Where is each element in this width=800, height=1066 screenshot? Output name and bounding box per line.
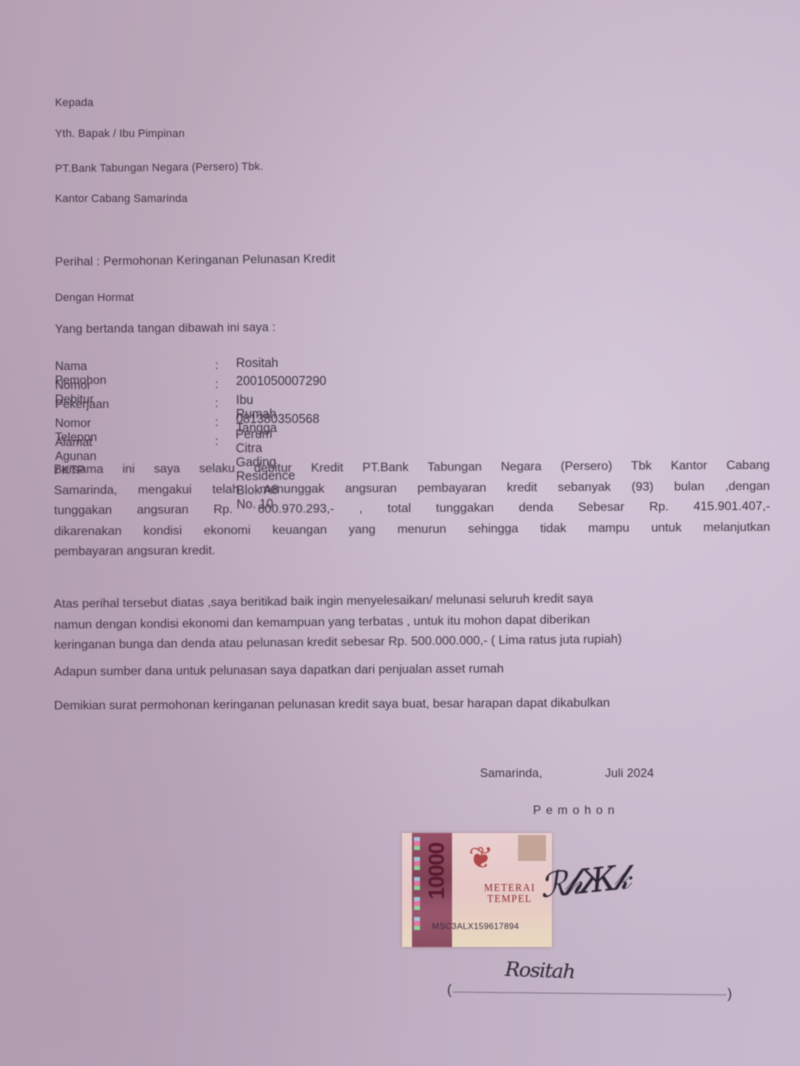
value-nama-pemohon: Rositah [236, 356, 278, 370]
recipient-line-2: PT.Bank Tabungan Negara (Persero) Tbk. [55, 161, 263, 175]
closing-role: Pemohon [533, 803, 619, 817]
paragraph-3: Adapun sumber dana untuk pelunasan saya … [54, 658, 504, 682]
stamp-label-line-2: TEMPEL [484, 894, 535, 905]
value-nomor-debitur: 2001050007290 [236, 374, 326, 388]
garuda-emblem-icon: ❦ [464, 839, 498, 879]
recipient-line-3: Kantor Cabang Samarinda [55, 193, 188, 205]
closing-date: Juli 2024 [605, 766, 654, 780]
paragraph-3-text: Adapun sumber dana untuk pelunasan saya … [54, 658, 504, 682]
colon: : [215, 396, 218, 410]
signature-name-line: ( ) [447, 983, 732, 999]
dotted-line [453, 992, 726, 996]
recipient-line-1: Yth. Bapak / Ibu Pimpinan [55, 128, 185, 140]
stamp-serial: MSC3ALX159617894 [432, 921, 519, 931]
stamp-label-line-1: METERAI [484, 883, 535, 894]
stamp-label: METERAI TEMPEL [484, 883, 535, 905]
paren-close: ) [727, 985, 732, 1001]
value-nomor-telepon: 081380350568 [236, 412, 319, 426]
meterai-stamp: 10000 ❦ METERAI TEMPEL MSC3ALX159617894 [402, 833, 552, 947]
closing-place: Samarinda, [480, 766, 542, 780]
signed-name: Rositah [505, 957, 575, 983]
letter-greeting: Dengan Hormat [55, 292, 134, 304]
recipient-kepada: Kepada [55, 97, 94, 109]
stamp-corner-mark [518, 835, 546, 861]
paren-open: ( [447, 981, 452, 997]
colon: : [215, 377, 218, 391]
paragraph-1-line: dikarenakan kondisi ekonomi keuangan yan… [54, 516, 770, 541]
label-pekerjaan: Pekerjaan [55, 397, 109, 411]
stamp-denomination: 10000 [424, 843, 450, 899]
paragraph-1-line: pembayaran angsuran kredit. [54, 537, 770, 562]
colon: : [215, 358, 218, 372]
letter-intro: Yang bertanda tangan dibawah ini saya : [55, 320, 276, 336]
paragraph-2: Atas perihal tersebut diatas ,saya berit… [54, 586, 775, 655]
paragraph-4: Demikian surat permohonan keringanan pel… [54, 693, 610, 716]
colon: : [215, 434, 218, 448]
paragraph-1: Bersama ini saya selaku debitur Kredit P… [54, 455, 771, 562]
paragraph-4-text: Demikian surat permohonan keringanan pel… [54, 693, 610, 716]
colon: : [215, 415, 218, 429]
